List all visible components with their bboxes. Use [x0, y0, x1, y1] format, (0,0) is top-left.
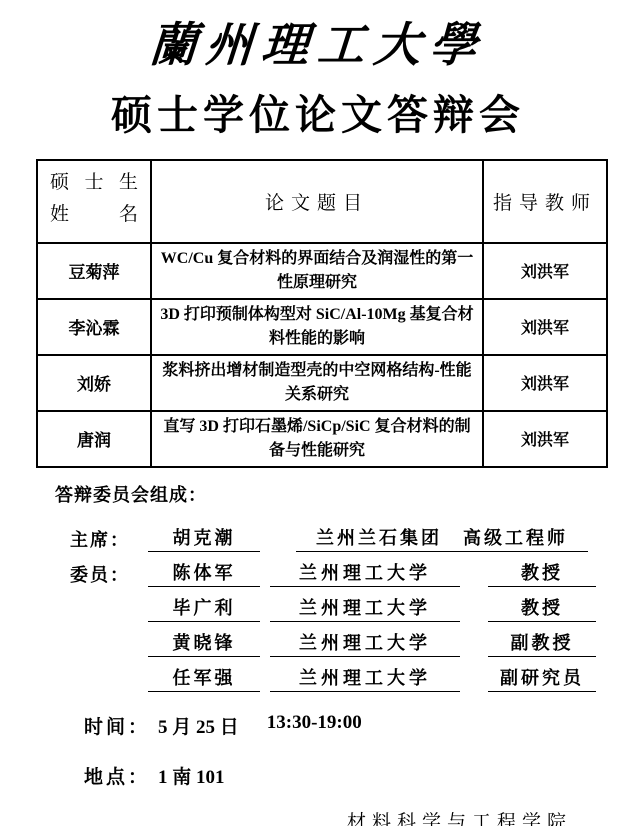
- member-title: 教授: [488, 594, 596, 622]
- committee-list: 主席： 胡克潮 兰州兰石集团 高级工程师 委员： 陈体军 兰州理工大学 教授 毕…: [70, 517, 636, 692]
- advisor-name: 刘洪军: [483, 299, 607, 355]
- member-name: 黄晓锋: [148, 629, 260, 657]
- member-name: 任军强: [148, 664, 260, 692]
- defense-announcement-page: 蘭州理工大學 硕士学位论文答辩会 硕 士 生 姓 名 论文题目 指导教师 豆菊萍…: [0, 0, 636, 826]
- member-title: 副教授: [488, 629, 596, 657]
- table-header-row: 硕 士 生 姓 名 论文题目 指导教师: [37, 160, 607, 243]
- time-range: 13:30-19:00: [267, 712, 362, 739]
- thesis-title: WC/Cu 复合材料的界面结合及润湿性的第一性原理研究: [151, 243, 483, 299]
- location-value: 1 南 101: [158, 762, 225, 789]
- advisor-name: 刘洪军: [483, 355, 607, 411]
- header-thesis-title: 论文题目: [151, 160, 483, 243]
- advisor-name: 刘洪军: [483, 411, 607, 467]
- thesis-title: 浆料挤出增材制造型壳的中空网格结构-性能关系研究: [151, 355, 483, 411]
- chair-affiliation-title: 兰州兰石集团 高级工程师: [296, 524, 588, 552]
- location-label: 地点：: [84, 762, 150, 789]
- member-affiliation: 兰州理工大学: [270, 629, 460, 657]
- members-label: 委员：: [70, 561, 148, 587]
- chair-label: 主席：: [70, 526, 148, 552]
- student-name: 刘娇: [37, 355, 151, 411]
- chair-name: 胡克潮: [148, 524, 260, 552]
- committee-chair-row: 主席： 胡克潮 兰州兰石集团 高级工程师: [70, 517, 636, 552]
- member-title: 副研究员: [488, 664, 596, 692]
- committee-member-row: 毕广利 兰州理工大学 教授: [70, 587, 636, 622]
- time-label: 时间：: [84, 712, 150, 739]
- advisor-name: 刘洪军: [483, 243, 607, 299]
- thesis-title: 直写 3D 打印石墨烯/SiCp/SiC 复合材料的制备与性能研究: [151, 411, 483, 467]
- student-name: 李沁霖: [37, 299, 151, 355]
- committee-member-row: 黄晓锋 兰州理工大学 副教授: [70, 622, 636, 657]
- time-gap: [239, 712, 267, 739]
- time-date: 5 月 25 日: [158, 712, 239, 739]
- member-affiliation: 兰州理工大学: [270, 559, 460, 587]
- committee-member-row: 任军强 兰州理工大学 副研究员: [70, 657, 636, 692]
- organizer-signature: 材料科学与工程学院: [0, 807, 636, 826]
- university-calligraphy-logo: 蘭州理工大學: [0, 0, 636, 80]
- member-affiliation: 兰州理工大学: [270, 594, 460, 622]
- student-name: 唐润: [37, 411, 151, 467]
- header-advisor: 指导教师: [483, 160, 607, 243]
- table-row: 李沁霖 3D 打印预制体构型对 SiC/Al-10Mg 基复合材料性能的影响 刘…: [37, 299, 607, 355]
- table-row: 豆菊萍 WC/Cu 复合材料的界面结合及润湿性的第一性原理研究 刘洪军: [37, 243, 607, 299]
- member-title: 教授: [488, 559, 596, 587]
- header-student-line2: 姓 名: [50, 199, 138, 231]
- page-title: 硕士学位论文答辩会: [0, 82, 636, 141]
- table-row: 唐润 直写 3D 打印石墨烯/SiCp/SiC 复合材料的制备与性能研究 刘洪军: [37, 411, 607, 467]
- committee-section-heading: 答辩委员会组成：: [55, 481, 636, 507]
- table-row: 刘娇 浆料挤出增材制造型壳的中空网格结构-性能关系研究 刘洪军: [37, 355, 607, 411]
- header-student-name: 硕 士 生 姓 名: [37, 160, 151, 243]
- student-name: 豆菊萍: [37, 243, 151, 299]
- header-student-line1: 硕 士 生: [50, 167, 138, 199]
- thesis-title: 3D 打印预制体构型对 SiC/Al-10Mg 基复合材料性能的影响: [151, 299, 483, 355]
- member-name: 毕广利: [148, 594, 260, 622]
- defense-schedule-table: 硕 士 生 姓 名 论文题目 指导教师 豆菊萍 WC/Cu 复合材料的界面结合及…: [36, 159, 608, 468]
- member-affiliation: 兰州理工大学: [270, 664, 460, 692]
- schedule-time-row: 时间： 5 月 25 日 13:30-19:00: [84, 712, 636, 739]
- committee-member-row: 委员： 陈体军 兰州理工大学 教授: [70, 552, 636, 587]
- schedule-location-row: 地点： 1 南 101: [84, 762, 636, 789]
- member-name: 陈体军: [148, 559, 260, 587]
